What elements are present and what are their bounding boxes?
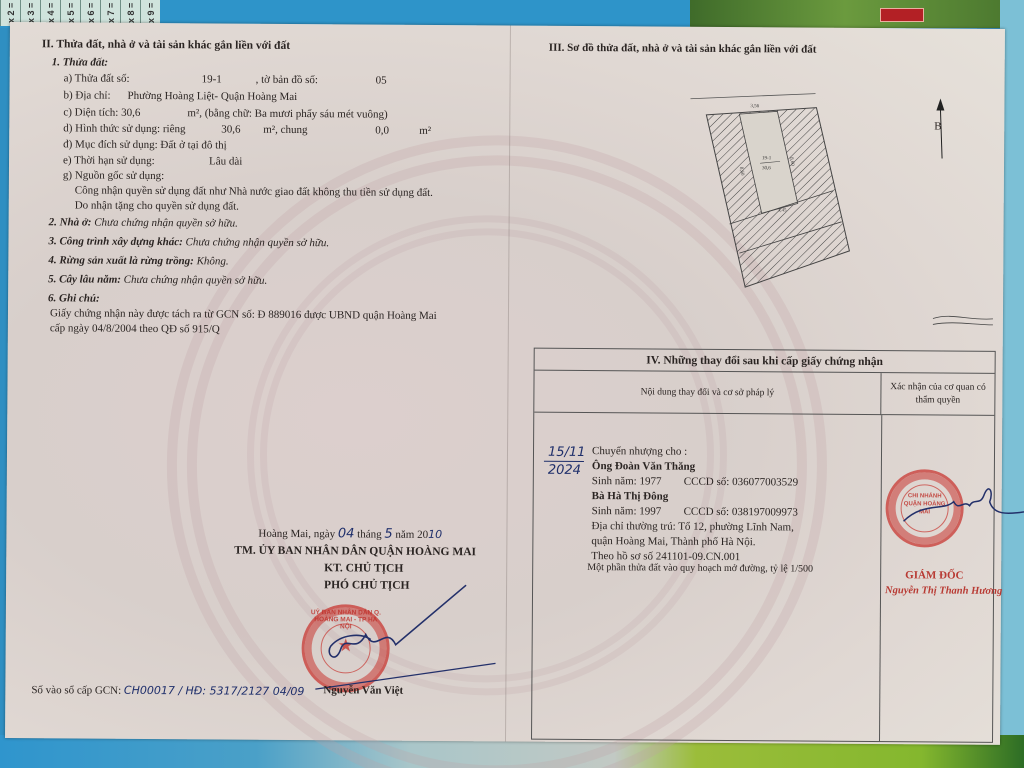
column-divider <box>879 415 882 741</box>
map-sheet-number: 05 <box>376 75 387 87</box>
address-label: b) Địa chỉ: <box>63 89 110 101</box>
section-iii-title: III. Sơ đồ thửa đất, nhà ở và tài sản kh… <box>549 42 817 56</box>
usage-purpose: đ) Mục đích sử dụng: Đất ở tại đô thị <box>63 138 227 151</box>
plot-label-bottom: 30,6 <box>762 166 771 171</box>
registry-label: Số vào sổ cấp GCN: <box>31 684 121 697</box>
handwritten-date: 15/11 <box>548 445 586 460</box>
production-forest-label: 4. Rừng sản xuất là rừng trồng: <box>48 254 194 267</box>
term-value: Lâu dài <box>209 155 242 167</box>
north-label: B <box>934 120 941 132</box>
entry-line: Chuyển nhượng cho : <box>592 445 687 458</box>
other-construction-label: 3. Công trình xây dựng khác: <box>48 235 182 248</box>
land-plot-heading: 1. Thửa đất: <box>52 56 108 68</box>
dim-top: 3,56 <box>750 104 759 109</box>
perennial-trees-value: Chưa chứng nhận quyền sở hữu. <box>124 274 268 287</box>
buyer-1-birth-year: Sinh năm: 1977 <box>592 475 662 487</box>
usage-form-label: d) Hình thức sử dụng: riêng <box>63 122 185 135</box>
buyer-1-name: Ông Đoàn Văn Thăng <box>592 460 695 473</box>
map-sheet-label: , tờ bản đồ số: <box>256 74 318 86</box>
usage-private-unit: m², chung <box>263 124 307 136</box>
section-ii-title: II. Thửa đất, nhà ở và tài sản khác gắn … <box>42 38 290 52</box>
on-behalf-of: KT. CHỦ TỊCH <box>324 562 403 575</box>
usage-private-area: 30,6 <box>221 123 240 135</box>
land-use-certificate: II. Thửa đất, nhà ở và tài sản khác gắn … <box>5 22 1005 745</box>
column-header-confirmation: Xác nhận của cơ quan có thẩm quyền <box>881 373 994 416</box>
other-construction-value: Chưa chứng nhận quyền sở hữu. <box>186 236 330 249</box>
date-month-label: tháng <box>357 528 382 540</box>
usage-shared-unit: m² <box>419 125 431 137</box>
dim-bottom: 3,45 <box>778 208 787 213</box>
notes-line-1: Giấy chứng nhận này được tách ra từ GCN … <box>50 307 437 322</box>
area-words: m², (bằng chữ: Ba mươi phẩy sáu mét vuôn… <box>187 107 387 120</box>
issuing-authority: TM. ỦY BAN NHÂN DÂN QUẬN HOÀNG MAI <box>234 545 476 559</box>
buyer-2-name: Bà Hà Thị Đông <box>592 490 669 503</box>
plot-number: 19-1 <box>202 73 222 85</box>
changes-table: IV. Những thay đổi sau khi cấp giấy chứn… <box>531 348 996 743</box>
date-year-label: năm 20 <box>395 529 428 541</box>
column-header-content: Nội dung thay đổi và cơ sở pháp lý <box>534 371 881 415</box>
background-red-tab <box>880 8 924 22</box>
notes-label: 6. Ghi chú: <box>48 292 100 304</box>
registry-value: CH00017 / HĐ: 5317/2127 04/09 <box>124 684 305 698</box>
perennial-trees-label: 5. Cây lâu năm: <box>48 273 121 286</box>
signing-place-date: Hoàng Mai, ngày 04 tháng 5 năm 2010 <box>258 526 442 542</box>
planning-note: Một phần thửa đất vào quy hoạch mở đường… <box>587 562 813 575</box>
north-arrow-icon <box>934 98 954 168</box>
area-label: c) Diện tích: 30,6 <box>63 106 140 119</box>
permanent-address: Địa chỉ thường trú: Tổ 12, phường Lĩnh N… <box>591 520 793 533</box>
left-page: II. Thửa đất, nhà ở và tài sản khác gắn … <box>5 22 510 741</box>
origin-line-1: Công nhận quyền sử dụng đất như Nhà nước… <box>75 184 433 198</box>
date-prefix: Hoàng Mai, ngày <box>258 528 335 541</box>
origin-line-2: Do nhận tặng cho quyền sử dụng đất. <box>75 199 239 212</box>
production-forest-value: Không. <box>197 255 229 267</box>
address-value: Phường Hoàng Liệt- Quận Hoàng Mai <box>127 90 297 103</box>
buyer-2-birth-year: Sinh năm: 1997 <box>592 505 662 517</box>
changes-table-title: IV. Những thay đổi sau khi cấp giấy chứn… <box>535 349 995 374</box>
buyer-2-id: CCCD số: 038197009973 <box>684 506 798 519</box>
dossier-number: Theo hồ sơ số 241101-09.CN.001 <box>591 550 740 563</box>
origin-label: g) Nguồn gốc sử dụng: <box>63 169 164 182</box>
signer-name: Nguyễn Văn Việt <box>323 684 403 697</box>
house-value: Chưa chứng nhận quyền sở hữu. <box>94 217 238 230</box>
buyer-1-id: CCCD số: 036077003529 <box>684 476 798 489</box>
background-green-object <box>690 0 1000 28</box>
handwritten-year: 2024 <box>548 463 581 478</box>
right-page: III. Sơ đồ thửa đất, nhà ở và tài sản kh… <box>506 25 1005 744</box>
date-year-suffix: 10 <box>428 528 442 541</box>
road-lines <box>933 312 993 332</box>
date-day: 04 <box>338 526 355 541</box>
plot-number-label: a) Thửa đất số: <box>64 72 130 84</box>
plot-label-top: 19-1 <box>762 156 772 161</box>
confirmation-signer: Nguyễn Thị Thanh Hương <box>885 585 1002 597</box>
date-month: 5 <box>384 527 392 542</box>
permanent-address-2: quận Hoàng Mai, Thành phố Hà Nội. <box>591 535 755 548</box>
house-label: 2. Nhà ở: <box>49 216 92 228</box>
confirmation-title: GIÁM ĐỐC <box>905 569 963 581</box>
usage-shared-area: 0,0 <box>375 125 389 137</box>
notes-line-2: cấp ngày 04/8/2004 theo QĐ số 915/Q <box>50 322 220 335</box>
term-label: e) Thời hạn sử dụng: <box>63 154 155 167</box>
signature-right <box>893 471 1024 532</box>
registry-number: Số vào sổ cấp GCN: CH00017 / HĐ: 5317/21… <box>31 683 304 698</box>
